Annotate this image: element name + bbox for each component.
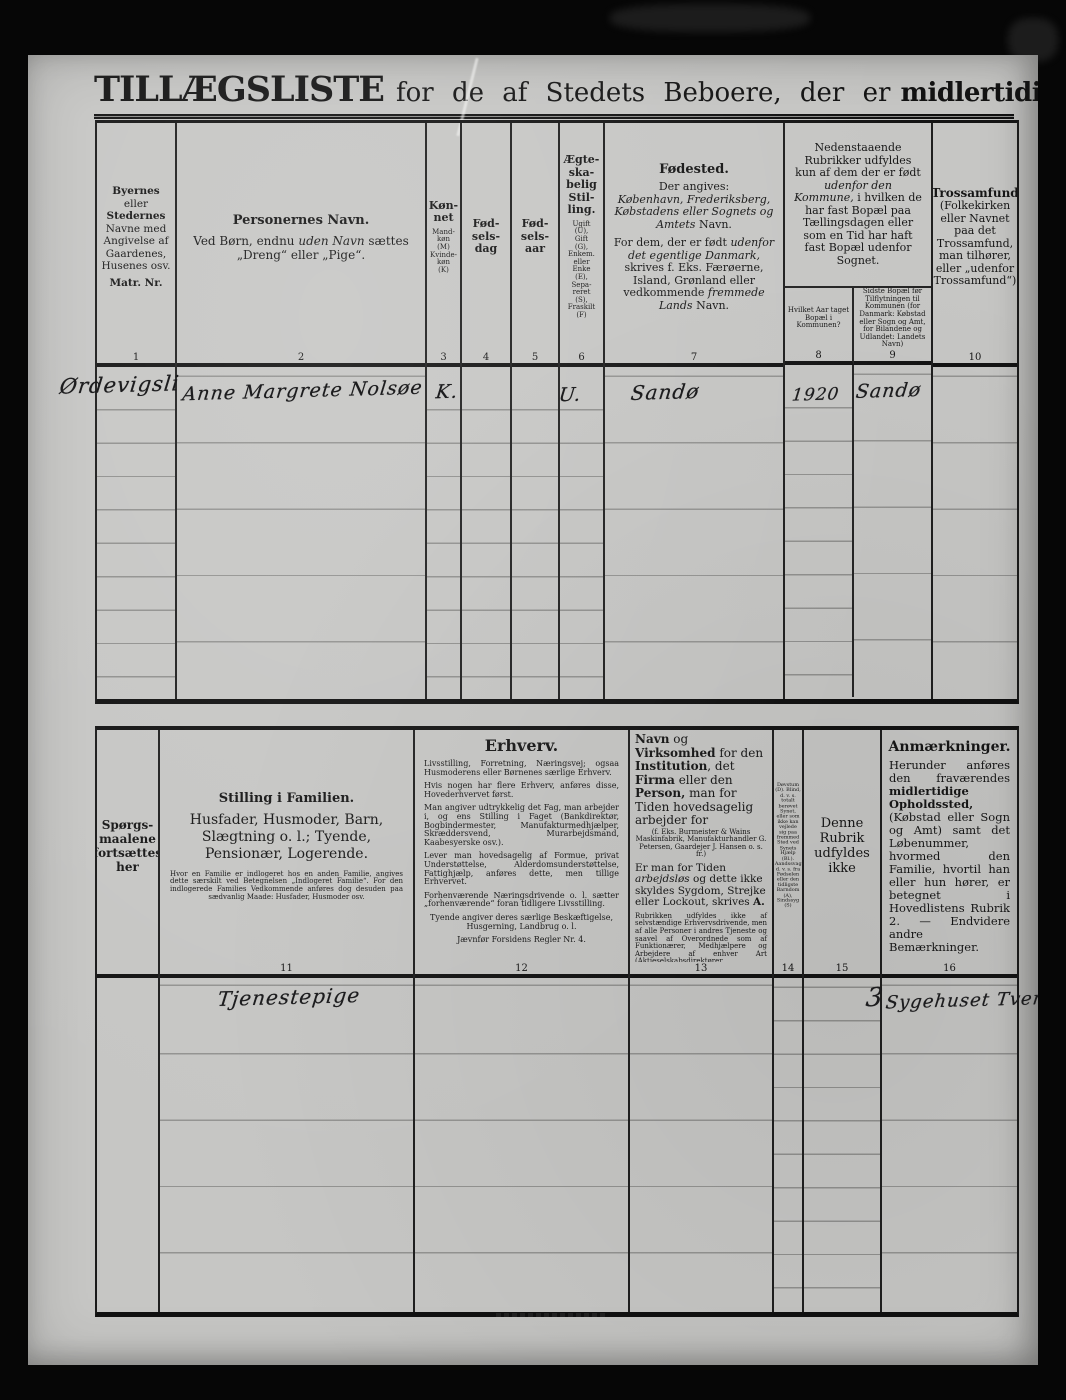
col7-p2-pre: For dem, der er født (614, 236, 731, 249)
entry-sex: K. (435, 381, 460, 404)
col4-cells (462, 367, 510, 699)
col2-sub-italic: uden Navn (298, 234, 364, 248)
col14-codes: Døvstum (D). Blind, d. v. s. totalt berø… (775, 783, 801, 909)
col7-number: 7 (605, 351, 783, 367)
col3-cells (427, 367, 460, 699)
col11-sub: Husfader, Husmoder, Barn, Slægtning o. l… (170, 812, 403, 863)
col6-heading: Ægte- ska- belig Stil- ling. (564, 154, 600, 217)
margin-number-empty (97, 962, 158, 978)
col9-subheading: Sidste Bopæl før Tilflytningen til Kommu… (854, 288, 931, 349)
col7-p1-pre: Der angives: (659, 180, 729, 193)
col12-para: Livsstilling, Forretning, Næringsvej; og… (424, 760, 619, 777)
col12-number: 12 (415, 962, 628, 978)
col13-t4: eller den (675, 773, 733, 787)
col10-heading: Trossamfund (933, 186, 1017, 200)
col4-number: 4 (462, 351, 510, 367)
margin-cells (97, 978, 158, 1312)
column-place: Byernes eller Stedernes Navne med Angive… (97, 123, 177, 699)
col13-p2-italic: arbejdsløs (635, 873, 690, 885)
col7-p1-italic: København, Frederiksberg, Købstadens ell… (615, 193, 774, 231)
col7-p2-post: Navn. (693, 299, 729, 312)
column-margin-note: Spørgs- maalene fortsættes her (97, 730, 160, 1312)
col1-heading2: Stedernes (107, 210, 166, 223)
column-moved-group: Nedenstaaende Rubrikker udfyldes kun af … (785, 123, 933, 699)
col12-para: Man angiver udtrykkelig det Fag, man arb… (424, 804, 619, 847)
entry-note: Sygehuset Tveraa (885, 987, 1038, 1013)
col15-cells (804, 978, 880, 1312)
col2-number: 2 (177, 351, 425, 367)
col8-number: 8 (785, 349, 854, 365)
col13-t2: for den (716, 746, 764, 760)
column-family-position: Stilling i Familien. Husfader, Husmoder,… (160, 730, 415, 1312)
col7-para1: Der angives:København, Frederiksberg, Kø… (611, 181, 777, 231)
column-employer: Navn og Virksomhed for den Institution, … (630, 730, 774, 1312)
col4-heading: Fød- sels- dag (472, 218, 500, 256)
col3-codes: Mand- køn (M) Kvinde- køn (K) (430, 229, 457, 275)
entry-place: Ørdevigsli (58, 371, 180, 398)
col13-b1: Navn (635, 732, 669, 746)
col6-cells (560, 367, 603, 699)
col7-cells (605, 367, 783, 699)
col5-cells (512, 367, 558, 699)
col3-number: 3 (427, 351, 460, 367)
col12-cells (415, 978, 628, 1312)
col9-cells (854, 365, 931, 697)
col15-note: Denne Rubrik udfyldes ikke (812, 816, 872, 876)
entry-position: Tjenestepige (216, 983, 361, 1011)
col6-number: 6 (560, 351, 603, 367)
scanned-census-photo: TILLÆGSLISTEfor de af Stedets Beboere, d… (0, 0, 1066, 1400)
col16-pre: Herunder anføres den fraværendes (889, 758, 1010, 785)
col7-heading: Fødested. (659, 162, 729, 177)
col12-para: Forhenværende Næringsdrivende o. l. sætt… (424, 892, 619, 909)
col1-body: Navne med Angivelse af Gaardenes, Husene… (102, 223, 171, 273)
col12-heading: Erhverv. (485, 736, 558, 755)
margin-label: Spørgs- maalene fortsættes her (97, 818, 158, 874)
col10-cells (933, 367, 1017, 699)
col7-p1-post: Navn. (699, 218, 732, 231)
col1-matrnr: Matr. Nr. (110, 277, 163, 290)
col13-small2: Rubrikken udfyldes ikke af selvstændige … (635, 913, 767, 962)
table-absent-persons: Byernes eller Stedernes Navne med Angive… (95, 120, 1019, 704)
col2-sub: Ved Børn, endnu uden Navn sættes „Dreng“… (179, 234, 423, 262)
col13-para2: Er man for Tiden arbejdsløs og dette ikk… (635, 863, 767, 909)
column-birthday: Fød- sels- dag 4 (462, 123, 512, 699)
col12-para: Hvis nogen har flere Erhverv, anføres di… (424, 782, 619, 799)
entry-marital: U. (558, 384, 583, 407)
col11-number: 11 (160, 962, 413, 978)
col1-cells (97, 367, 175, 699)
col10-body: (Folkekirken eller Navnet paa det Trossa… (934, 200, 1017, 288)
column-occupation: Erhverv. Livsstilling, Forretning, Nærin… (415, 730, 630, 1312)
column-birthplace: Fødested. Der angives:København, Frederi… (605, 123, 785, 699)
col16-number: 16 (882, 962, 1017, 978)
column-birthyear: Fød- sels- aar 5 (512, 123, 560, 699)
col13-b4: Firma (635, 773, 675, 787)
col5-heading: Fød- sels- aar (521, 218, 549, 256)
col11-cells (160, 978, 413, 1312)
col13-b3: Institution (635, 759, 707, 773)
col9-number: 9 (854, 349, 931, 365)
col13-number: 13 (630, 962, 772, 978)
col16-post: (Købstad eller Sogn og Amt) samt det Løb… (889, 810, 1010, 954)
column-marital-status: Ægte- ska- belig Stil- ling. Ugift (U), … (560, 123, 605, 699)
column-religion: Trossamfund (Folkekirken eller Navnet pa… (933, 123, 1017, 699)
photo-artifact (610, 4, 810, 32)
col16-bold: midlertidige Opholdssted, (889, 784, 973, 811)
column-name: Personernes Navn. Ved Børn, endnu uden N… (177, 123, 427, 699)
col12-para: Lever man hovedsagelig af Formue, privat… (424, 852, 619, 886)
col5-number: 5 (512, 351, 558, 367)
form-title: TILLÆGSLISTEfor de af Stedets Beboere, d… (94, 69, 1016, 110)
column-disabilities: Døvstum (D). Blind, d. v. s. totalt berø… (774, 730, 804, 1312)
title-rule (94, 114, 1014, 119)
col13-small1: (f. Eks. Burmeister & Wains Maskinfabrik… (635, 829, 767, 859)
col13-t1: og (669, 732, 688, 746)
col13-t3: , det (707, 759, 734, 773)
col13-cells (630, 978, 772, 1312)
entry-year: 1920 (791, 384, 841, 405)
group89-text: Nedenstaaende Rubrikker udfyldes kun af … (793, 142, 923, 267)
column-sex: Køn- net Mand- køn (M) Kvinde- køn (K) 3 (427, 123, 462, 699)
entry-note-number: 3 (864, 983, 885, 1013)
col3-heading: Køn- net (429, 200, 458, 225)
form-title-main: TILLÆGSLISTE (94, 69, 384, 110)
col8-cells (785, 365, 854, 697)
col16-body: Herunder anføres den fraværendes midlert… (889, 759, 1010, 954)
col12-para: Tyende angiver deres særlige Beskæftigel… (424, 914, 619, 931)
col13-b5: Person, (635, 786, 685, 800)
column-do-not-fill: Denne Rubrik udfyldes ikke 15 (804, 730, 882, 1312)
form-title-tail: midlertidig fraværende. (900, 78, 1038, 108)
col7-para2: For dem, der er født udenfor det egentli… (611, 237, 777, 312)
col8-subheading: Hvilket Aar taget Bopæl i Kommunen? (785, 288, 854, 349)
col12-para: Jævnfør Forsidens Regler Nr. 4. (457, 936, 586, 945)
col14-cells (774, 978, 802, 1312)
printer-imprint (496, 1313, 606, 1317)
col16-cells (882, 978, 1017, 1312)
col14-number: 14 (774, 962, 802, 978)
table-absent-persons-continued: Spørgs- maalene fortsættes her Stilling … (95, 726, 1019, 1317)
col11-small: Hvor en Familie er indlogeret hos en and… (170, 871, 403, 901)
col13-b2: Virksomhed (635, 746, 716, 760)
col1-text: eller (124, 198, 148, 211)
col16-heading: Anmærkninger. (889, 739, 1011, 755)
entry-birthplace: Sandø (630, 379, 701, 405)
col15-number: 15 (804, 962, 880, 978)
census-form-page: TILLÆGSLISTEfor de af Stedets Beboere, d… (28, 55, 1038, 1365)
col13-p2-pre: Er man for Tiden (635, 862, 726, 874)
column-remarks: Anmærkninger. Herunder anføres den fravæ… (882, 730, 1017, 1312)
col2-cells (177, 367, 425, 699)
group89-pre: Nedenstaaende Rubrikker udfyldes kun af … (795, 141, 921, 179)
col10-number: 10 (933, 351, 1017, 367)
col13-lead: Navn og Virksomhed for den Institution, … (635, 733, 767, 828)
col13-p2-bold: A. (753, 896, 765, 908)
col6-codes: Ugift (U), Gift (G), Enkem. eller Enke (… (568, 221, 596, 320)
col1-number: 1 (97, 351, 175, 367)
col2-heading: Personernes Navn. (233, 213, 370, 228)
entry-last-residence: Sandø (855, 379, 923, 403)
col2-sub-pre: Ved Børn, endnu (193, 234, 298, 248)
col1-heading: Byernes (112, 185, 159, 198)
col11-heading: Stilling i Familien. (219, 791, 354, 806)
